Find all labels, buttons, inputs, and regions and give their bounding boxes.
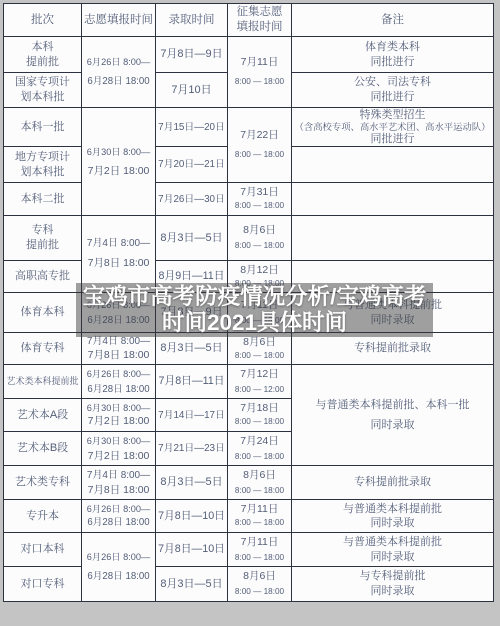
cell-text: 特殊类型招生 <box>292 109 493 121</box>
cell-text: 专升本 <box>4 509 81 524</box>
table-cell: 体育专科 <box>4 333 82 365</box>
cell-text: 7月4日 8:00— <box>82 468 155 483</box>
cell-text: 6月30日 8:00— <box>82 434 155 449</box>
cell-text: 划本科批 <box>4 165 81 180</box>
cell-text: 8月9日—11日 <box>156 269 227 284</box>
table-cell: 8月3日—5日 <box>156 567 228 602</box>
table-cell: 高职高专批 <box>4 261 82 293</box>
cell-text: 7月11日 <box>228 535 291 550</box>
table-cell: 7月10日 <box>156 73 228 108</box>
table-cell: 本科提前批 <box>4 37 82 73</box>
cell-text: 7月21日—23日 <box>156 441 227 456</box>
cell-text: 7月8日—11日 <box>156 374 227 389</box>
cell-text: 7月4日 8:00— <box>82 234 155 254</box>
table-cell: 本科一批 <box>4 108 82 147</box>
cell-text: 7月8日—10日 <box>156 509 227 524</box>
header-cell: 征集志愿填报时间 <box>228 4 292 37</box>
cell-text: 艺术类本科提前批 <box>4 374 81 389</box>
cell-text: 专科提前批录取 <box>292 341 493 356</box>
table-cell: 7月11日8:00 — 18:00 <box>228 533 292 567</box>
table-cell: 7月8日—10日 <box>156 500 228 533</box>
table-row: 专升本6月26日 8:00—6月28日 18:007月8日—10日7月11日8:… <box>4 500 494 533</box>
table-cell: 7月4日 8:00—7月8日 18:00 <box>82 216 156 293</box>
table-cell: 专科提前批录取 <box>292 466 494 500</box>
cell-text: 7月2日 18:00 <box>82 449 155 464</box>
table-cell: 对口专科 <box>4 567 82 602</box>
table-cell: 8月6日8:00 — 18:00 <box>228 216 292 261</box>
table-cell: 8月6日8:00 — 18:00 <box>228 333 292 365</box>
cell-text: 7月8日 18:00 <box>82 483 155 498</box>
table-row: 本科一批6月30日 8:00—7月2日 18:007月15日—20日7月22日8… <box>4 108 494 147</box>
table-row: 对口本科6月26日 8:00—6月28日 18:007月8日—10日7月11日8… <box>4 533 494 567</box>
table-row: 本科二批7月26日—30日7月31日8:00 — 18:00 <box>4 183 494 216</box>
page-background: 批次志愿填报时间录取时间征集志愿填报时间备注 本科提前批6月26日 8:00—6… <box>0 0 500 626</box>
cell-text: 8月3日—5日 <box>156 231 227 246</box>
table-cell: 7月14日—17日 <box>156 399 228 432</box>
table-row: 专科提前批7月4日 8:00—7月8日 18:008月3日—5日8月6日8:00… <box>4 216 494 261</box>
cell-text: 填报时间 <box>228 20 291 35</box>
cell-text: 与普通类本科提前批 <box>292 535 493 550</box>
cell-text: 艺术本B段 <box>4 441 81 456</box>
table-cell: 7月4日 8:00—7月8日 18:00 <box>82 333 156 365</box>
cell-text: 7月8日 18:00 <box>82 254 155 274</box>
cell-text: 7月10日 <box>156 83 227 98</box>
cell-text: 6月28日 18:00 <box>82 567 155 587</box>
header-cell: 批次 <box>4 4 82 37</box>
cell-text: 与普通类本科提前批 <box>292 502 493 516</box>
cell-text: 8:00 — 12:00 <box>228 382 291 397</box>
cell-text: 体育专科 <box>4 341 81 356</box>
cell-text: 8月3日—5日 <box>156 341 227 356</box>
cell-text: 8月12日 <box>228 263 291 277</box>
cell-text: 6月30日 8:00— <box>82 401 155 415</box>
table-cell: 体育类本科同批进行 <box>292 37 494 73</box>
table-cell: 本科二批 <box>4 183 82 216</box>
table-cell: 7月22日8:00 — 18:00 <box>228 108 292 183</box>
cell-text: 同时录取 <box>292 516 493 530</box>
cell-text: 8:00 — 18:00 <box>228 483 291 498</box>
table-cell: 7月20日—21日 <box>156 147 228 183</box>
cell-text: 同时录取 <box>292 584 493 599</box>
cell-text: 8:00 — 18:00 <box>228 145 291 165</box>
cell-text: 地方专项计 <box>4 150 81 165</box>
table-cell: 7月24日8:00 — 18:00 <box>228 432 292 466</box>
cell-text: 7月26日—30日 <box>156 192 227 207</box>
cell-text: 6月28日 18:00 <box>82 72 155 92</box>
cell-text: 6月26日 8:00— <box>82 547 155 567</box>
table-cell <box>292 216 494 261</box>
header-cell: 志愿填报时间 <box>82 4 156 37</box>
table-cell <box>292 147 494 183</box>
table-header: 批次志愿填报时间录取时间征集志愿填报时间备注 <box>4 4 494 37</box>
cell-text: 艺术类专科 <box>4 475 81 490</box>
table-cell: 公安、司法专科同批进行 <box>292 73 494 108</box>
table-cell: 艺术本B段 <box>4 432 82 466</box>
table-cell: 与专科提前批同时录取 <box>292 567 494 602</box>
cell-text: 对口本科 <box>4 542 81 557</box>
table-row: 艺术类本科提前批6月26日 8:00—6月28日 18:007月8日—11日7月… <box>4 365 494 399</box>
cell-text: 7月22日 <box>228 125 291 145</box>
table-cell: 7月8日—11日 <box>156 365 228 399</box>
table-cell: 地方专项计划本科批 <box>4 147 82 183</box>
cell-text: 本科二批 <box>4 192 81 207</box>
table-cell: 与普通类本科提前批、本科一批同时录取 <box>292 365 494 466</box>
table-cell: 6月26日 8:00—6月28日 18:00 <box>82 500 156 533</box>
cell-text: 7月8日 18:00 <box>82 349 155 363</box>
cell-text: 7月11日 <box>228 502 291 516</box>
table-cell: 8月3日—5日 <box>156 333 228 365</box>
table-cell: 艺术类专科 <box>4 466 82 500</box>
cell-text: 7月2日 18:00 <box>82 162 155 182</box>
cell-text: 6月28日 18:00 <box>82 382 155 397</box>
cell-text: 志愿填报时间 <box>82 13 155 28</box>
cell-text: 同批进行 <box>292 55 493 70</box>
cell-text: 8:00 — 18:00 <box>228 199 291 213</box>
table-cell: 专科提前批录取 <box>292 333 494 365</box>
table-row: 本科提前批6月26日 8:00—6月28日 18:007月8日—9日7月11日8… <box>4 37 494 73</box>
table-cell: 7月8日—10日 <box>156 533 228 567</box>
cell-text: 同时录取 <box>292 550 493 565</box>
cell-text: 8:00 — 18:00 <box>228 516 291 530</box>
table-cell: 7月12日8:00 — 12:00 <box>228 365 292 399</box>
cell-text: 提前批 <box>4 238 81 253</box>
table-cell: 6月26日 8:00—6月28日 18:00 <box>82 365 156 399</box>
table-cell: 7月11日8:00 — 18:00 <box>228 500 292 533</box>
cell-text: 8:00 — 18:00 <box>228 584 291 599</box>
cell-text: 7月11日 <box>228 52 291 72</box>
cell-text: 8:00 — 18:00 <box>228 550 291 565</box>
cell-text: 8:00 — 18:00 <box>228 449 291 464</box>
cell-text: 6月30日 8:00— <box>82 142 155 162</box>
table-cell: 6月26日 8:00—6月28日 18:00 <box>82 37 156 108</box>
table-cell: 体育本科 <box>4 293 82 333</box>
table-cell: 8月6日8:00 — 18:00 <box>228 567 292 602</box>
cell-text: 同时录取 <box>292 415 493 435</box>
table-cell: 国家专项计划本科批 <box>4 73 82 108</box>
cell-text: 6月26日 8:00— <box>82 502 155 516</box>
cell-text: 对口专科 <box>4 577 81 592</box>
table-row: 体育专科7月4日 8:00—7月8日 18:008月3日—5日8月6日8:00 … <box>4 333 494 365</box>
table-cell: 7月18日8:00 — 18:00 <box>228 399 292 432</box>
cell-text: 7月20日—21日 <box>156 157 227 172</box>
cell-text: 7月24日 <box>228 434 291 449</box>
cell-text: 征集志愿 <box>228 5 291 20</box>
table-cell: 8月6日8:00 — 18:00 <box>228 466 292 500</box>
header-cell: 备注 <box>292 4 494 37</box>
table-cell: 艺术类本科提前批 <box>4 365 82 399</box>
table-cell: 7月4日 8:00—7月8日 18:00 <box>82 466 156 500</box>
watermark-title-line2: 时间2021具体时间 <box>162 310 347 336</box>
cell-text: 高职高专批 <box>4 269 81 284</box>
table-cell: 6月30日 8:00—7月2日 18:00 <box>82 432 156 466</box>
table-header-row: 批次志愿填报时间录取时间征集志愿填报时间备注 <box>4 4 494 37</box>
cell-text: 体育类本科 <box>292 40 493 55</box>
cell-text: 7月14日—17日 <box>156 408 227 423</box>
table-cell: 7月11日8:00 — 18:00 <box>228 37 292 108</box>
table-cell: 7月26日—30日 <box>156 183 228 216</box>
cell-text: 专科提前批录取 <box>292 475 493 490</box>
table-cell <box>292 183 494 216</box>
cell-text: 6月28日 18:00 <box>82 516 155 530</box>
cell-text: 同批进行 <box>292 90 493 105</box>
table-cell: 7月15日—20日 <box>156 108 228 147</box>
cell-text: 8:00 — 18:00 <box>228 238 291 253</box>
cell-text: 本科一批 <box>4 120 81 135</box>
table-cell: 6月26日 8:00—6月28日 18:00 <box>82 533 156 602</box>
cell-text: 7月18日 <box>228 401 291 415</box>
cell-text: 本科 <box>4 40 81 55</box>
table-cell: 6月30日 8:00—7月2日 18:00 <box>82 108 156 216</box>
cell-text: 批次 <box>4 13 81 28</box>
cell-text: 艺术本A段 <box>4 408 81 423</box>
table-cell: 与普通类本科提前批同时录取 <box>292 500 494 533</box>
cell-text: 7月15日—20日 <box>156 120 227 135</box>
cell-text: 体育本科 <box>4 305 81 320</box>
cell-text: 7月31日 <box>228 185 291 199</box>
cell-text: 8月6日 <box>228 468 291 483</box>
cell-text: 6月26日 8:00— <box>82 367 155 382</box>
cell-text: 7月12日 <box>228 367 291 382</box>
cell-text: 8:00 — 18:00 <box>228 415 291 429</box>
cell-text: 8月6日 <box>228 223 291 238</box>
cell-text: 6月26日 8:00— <box>82 52 155 72</box>
table-cell: 8月3日—5日 <box>156 466 228 500</box>
cell-text: 公安、司法专科 <box>292 75 493 90</box>
cell-text: 专科 <box>4 223 81 238</box>
table-cell: 特殊类型招生（含高校专项、高水平艺术团、高水平运动队）同批进行 <box>292 108 494 147</box>
cell-text: 7月2日 18:00 <box>82 415 155 429</box>
table-cell: 6月30日 8:00—7月2日 18:00 <box>82 399 156 432</box>
cell-text: 8月6日 <box>228 569 291 584</box>
table-cell: 对口本科 <box>4 533 82 567</box>
table-cell: 艺术本A段 <box>4 399 82 432</box>
table-cell: 7月8日—9日 <box>156 37 228 73</box>
table-cell: 专升本 <box>4 500 82 533</box>
cell-text: 同批进行 <box>292 133 493 145</box>
table-cell: 7月31日8:00 — 18:00 <box>228 183 292 216</box>
cell-text: 与专科提前批 <box>292 569 493 584</box>
cell-text: 划本科批 <box>4 90 81 105</box>
cell-text: 8:00 — 18:00 <box>228 72 291 92</box>
table-row: 对口专科8月3日—5日8月6日8:00 — 18:00与专科提前批同时录取 <box>4 567 494 602</box>
cell-text: 7月8日—9日 <box>156 47 227 62</box>
cell-text: （含高校专项、高水平艺术团、高水平运动队） <box>292 121 493 133</box>
cell-text: 备注 <box>292 13 493 28</box>
cell-text: 录取时间 <box>156 13 227 28</box>
cell-text: 提前批 <box>4 55 81 70</box>
table-cell: 7月21日—23日 <box>156 432 228 466</box>
table-cell: 8月3日—5日 <box>156 216 228 261</box>
table-row: 艺术类专科7月4日 8:00—7月8日 18:008月3日—5日8月6日8:00… <box>4 466 494 500</box>
cell-text: 8:00 — 18:00 <box>228 349 291 363</box>
cell-text: 8月3日—5日 <box>156 577 227 592</box>
cell-text: 国家专项计 <box>4 75 81 90</box>
watermark-overlay: 宝鸡市高考防疫情况分析/宝鸡高考 时间2021具体时间 <box>76 283 433 337</box>
cell-text: 7月8日—10日 <box>156 542 227 557</box>
header-cell: 录取时间 <box>156 4 228 37</box>
watermark-title-line1: 宝鸡市高考防疫情况分析/宝鸡高考 <box>83 284 427 310</box>
cell-text: 8月3日—5日 <box>156 475 227 490</box>
cell-text: 与普通类本科提前批、本科一批 <box>292 395 493 415</box>
table-cell: 与普通类本科提前批同时录取 <box>292 533 494 567</box>
table-cell: 专科提前批 <box>4 216 82 261</box>
